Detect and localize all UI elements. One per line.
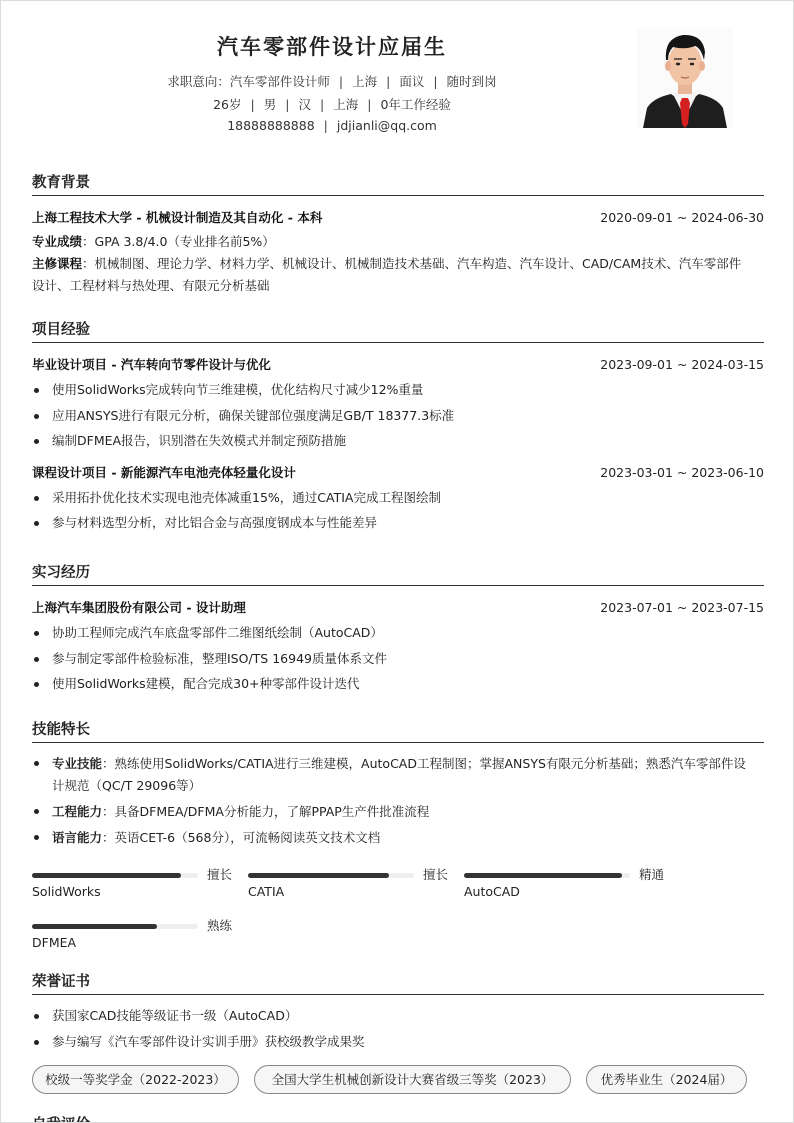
skill-name: SolidWorks xyxy=(32,884,101,899)
section-title-internship: 实习经历 xyxy=(32,562,764,586)
skill-level: 擅长 xyxy=(207,865,232,883)
skill-bar-dfmea: 熟练 DFMEA xyxy=(32,918,232,958)
project-header: 课程设计项目 - 新能源汽车电池壳体轻量化设计 2023-03-01 ~ 202… xyxy=(32,462,764,484)
project-type: 课程设计项目 xyxy=(32,465,107,480)
project-type: 毕业设计项目 xyxy=(32,357,107,372)
courses-line-continued: 设计、工程材料与热处理、有限元分析基础 xyxy=(32,275,764,297)
honor-tag: 优秀毕业生（2024届） xyxy=(586,1065,747,1094)
gpa-line: 专业成绩：GPA 3.8/4.0（专业排名前5%） xyxy=(32,231,764,253)
divider: | xyxy=(285,97,289,112)
section-title-projects: 项目经验 xyxy=(32,319,764,343)
education-section: 教育背景 上海工程技术大学 - 机械设计制造及其自动化 - 本科 2020-09… xyxy=(32,172,764,297)
honors-bullets: 获国家CAD技能等级证书一级（AutoCAD） 参与编写《汽车零部件设计实训手册… xyxy=(32,1003,764,1054)
list-item: 参与编写《汽车零部件设计实训手册》获校级教学成果奖 xyxy=(32,1029,764,1055)
intent-salary: 面议 xyxy=(399,74,424,89)
projects-section: 项目经验 毕业设计项目 - 汽车转向节零件设计与优化 2023-09-01 ~ … xyxy=(32,319,764,536)
candidate-title: 汽车零部件设计应届生 xyxy=(1,31,663,61)
skill-label: 工程能力 xyxy=(52,804,102,819)
project-bullets: 使用SolidWorks完成转向节三维建模，优化结构尺寸减少12%重量 应用AN… xyxy=(32,377,764,454)
experience-years: 0年工作经验 xyxy=(380,97,450,112)
project-date-range: 2023-03-01 ~ 2023-06-10 xyxy=(600,462,764,484)
list-item: 编制DFMEA报告，识别潜在失效模式并制定预防措施 xyxy=(32,428,764,454)
progress-fill xyxy=(248,873,389,878)
skill-name: DFMEA xyxy=(32,935,76,950)
age: 26岁 xyxy=(213,97,241,112)
contact-line: 18888888888|jdjianli@qq.com xyxy=(1,118,663,133)
skill-label: 专业技能 xyxy=(52,756,102,771)
courses-line: 主修课程：机械制图、理论力学、材料力学、机械设计、机械制造技术基础、汽车构造、汽… xyxy=(32,253,764,275)
list-item: 协助工程师完成汽车底盘零部件二维图纸绘制（AutoCAD） xyxy=(32,620,764,646)
phone-number: 18888888888 xyxy=(227,118,314,133)
skill-bar-solidworks: 擅长 SolidWorks xyxy=(32,867,232,907)
resume-header: 汽车零部件设计应届生 求职意向：汽车零部件设计师|上海|面议|随时到岗 26岁|… xyxy=(1,1,794,151)
list-item: 使用SolidWorks完成转向节三维建模，优化结构尺寸减少12%重量 xyxy=(32,377,764,403)
skill-level: 擅长 xyxy=(423,865,448,883)
honors-section: 荣誉证书 获国家CAD技能等级证书一级（AutoCAD） 参与编写《汽车零部件设… xyxy=(32,971,764,1054)
internship-section: 实习经历 上海汽车集团股份有限公司 - 设计助理 2023-07-01 ~ 20… xyxy=(32,562,764,697)
skill-level: 熟练 xyxy=(207,916,232,934)
list-item: 专业技能：熟练使用SolidWorks/CATIA进行三维建模，AutoCAD工… xyxy=(32,751,764,799)
gpa-label: 专业成绩 xyxy=(32,234,82,249)
progress-track xyxy=(32,873,198,878)
honor-tag: 校级一等奖学金（2022-2023） xyxy=(32,1065,239,1094)
progress-fill xyxy=(32,873,181,878)
project-bullets: 采用拓扑优化技术实现电池壳体减重15%，通过CATIA完成工程图绘制 参与材料选… xyxy=(32,485,764,536)
progress-fill xyxy=(32,924,157,929)
divider: | xyxy=(251,97,255,112)
project-name: 汽车转向节零件设计与优化 xyxy=(121,357,271,372)
avatar-portrait-icon xyxy=(637,28,733,128)
internship-date-range: 2023-07-01 ~ 2023-07-15 xyxy=(600,597,764,619)
skills-bullets: 专业技能：熟练使用SolidWorks/CATIA进行三维建模，AutoCAD工… xyxy=(32,751,764,851)
education-entry-header: 上海工程技术大学 - 机械设计制造及其自动化 - 本科 2020-09-01 ~… xyxy=(32,207,764,229)
intent-availability: 随时到岗 xyxy=(447,74,497,89)
list-item: 语言能力：英语CET-6（568分），可流畅阅读英文技术文档 xyxy=(32,825,764,851)
skill-level: 精通 xyxy=(639,865,664,883)
honor-tag: 全国大学生机械创新设计大赛省级三等奖（2023） xyxy=(254,1065,571,1094)
company-name: 上海汽车集团股份有限公司 xyxy=(32,600,182,615)
school-name: 上海工程技术大学 xyxy=(32,210,132,225)
divider: | xyxy=(386,74,390,89)
list-item: 应用ANSYS进行有限元分析，确保关键部位强度满足GB/T 18377.3标准 xyxy=(32,403,764,429)
list-item: 参与制定零部件检验标准，整理ISO/TS 16949质量体系文件 xyxy=(32,646,764,672)
project-date-range: 2023-09-01 ~ 2024-03-15 xyxy=(600,354,764,376)
section-title-skills: 技能特长 xyxy=(32,719,764,743)
divider: | xyxy=(320,97,324,112)
education-date-range: 2020-09-01 ~ 2024-06-30 xyxy=(600,207,764,229)
section-title-self-evaluation: 自我评价 xyxy=(32,1114,90,1123)
job-intent-line: 求职意向：汽车零部件设计师|上海|面议|随时到岗 xyxy=(1,72,663,90)
job-role: 设计助理 xyxy=(196,600,246,615)
project-name: 新能源汽车电池壳体轻量化设计 xyxy=(121,465,296,480)
progress-track xyxy=(248,873,414,878)
progress-fill xyxy=(464,873,622,878)
section-title-education: 教育背景 xyxy=(32,172,764,196)
section-title-honors: 荣誉证书 xyxy=(32,971,764,995)
project-header: 毕业设计项目 - 汽车转向节零件设计与优化 2023-09-01 ~ 2024-… xyxy=(32,354,764,376)
gpa-value: GPA 3.8/4.0（专业排名前5%） xyxy=(95,234,275,249)
ethnicity: 汉 xyxy=(298,97,311,112)
divider: | xyxy=(324,118,328,133)
skill-bar-autocad: 精通 AutoCAD xyxy=(464,867,664,907)
courses-value-1: 机械制图、理论力学、材料力学、机械设计、机械制造技术基础、汽车构造、汽车设计、C… xyxy=(95,256,742,271)
intent-label: 求职意向： xyxy=(167,74,230,89)
courses-label: 主修课程 xyxy=(32,256,82,271)
intent-city: 上海 xyxy=(352,74,377,89)
list-item: 参与材料选型分析，对比铝合金与高强度钢成本与性能差异 xyxy=(32,510,764,536)
list-item: 获国家CAD技能等级证书一级（AutoCAD） xyxy=(32,1003,764,1029)
degree: 本科 xyxy=(297,210,322,225)
gender: 男 xyxy=(264,97,277,112)
list-item: 工程能力：具备DFMEA/DFMA分析能力，了解PPAP生产件批准流程 xyxy=(32,799,764,825)
email-address: jdjianli@qq.com xyxy=(337,118,437,133)
divider: | xyxy=(433,74,437,89)
internship-bullets: 协助工程师完成汽车底盘零部件二维图纸绘制（AutoCAD） 参与制定零部件检验标… xyxy=(32,620,764,697)
location: 上海 xyxy=(333,97,358,112)
progress-track xyxy=(464,873,630,878)
list-item: 使用SolidWorks建模，配合完成30+种零部件设计迭代 xyxy=(32,671,764,697)
skill-bar-catia: 擅长 CATIA xyxy=(248,867,448,907)
skill-name: CATIA xyxy=(248,884,284,899)
major-name: 机械设计制造及其自动化 xyxy=(146,210,284,225)
divider: | xyxy=(339,74,343,89)
skill-label: 语言能力 xyxy=(52,830,102,845)
list-item: 采用拓扑优化技术实现电池壳体减重15%，通过CATIA完成工程图绘制 xyxy=(32,485,764,511)
skills-section: 技能特长 专业技能：熟练使用SolidWorks/CATIA进行三维建模，Aut… xyxy=(32,719,764,851)
resume-page: 汽车零部件设计应届生 求职意向：汽车零部件设计师|上海|面议|随时到岗 26岁|… xyxy=(0,0,794,1123)
divider: | xyxy=(367,97,371,112)
avatar xyxy=(637,28,733,128)
personal-info-line: 26岁|男|汉|上海|0年工作经验 xyxy=(1,95,663,113)
internship-header: 上海汽车集团股份有限公司 - 设计助理 2023-07-01 ~ 2023-07… xyxy=(32,597,764,619)
skill-name: AutoCAD xyxy=(464,884,520,899)
progress-track xyxy=(32,924,198,929)
intent-position: 汽车零部件设计师 xyxy=(230,74,330,89)
